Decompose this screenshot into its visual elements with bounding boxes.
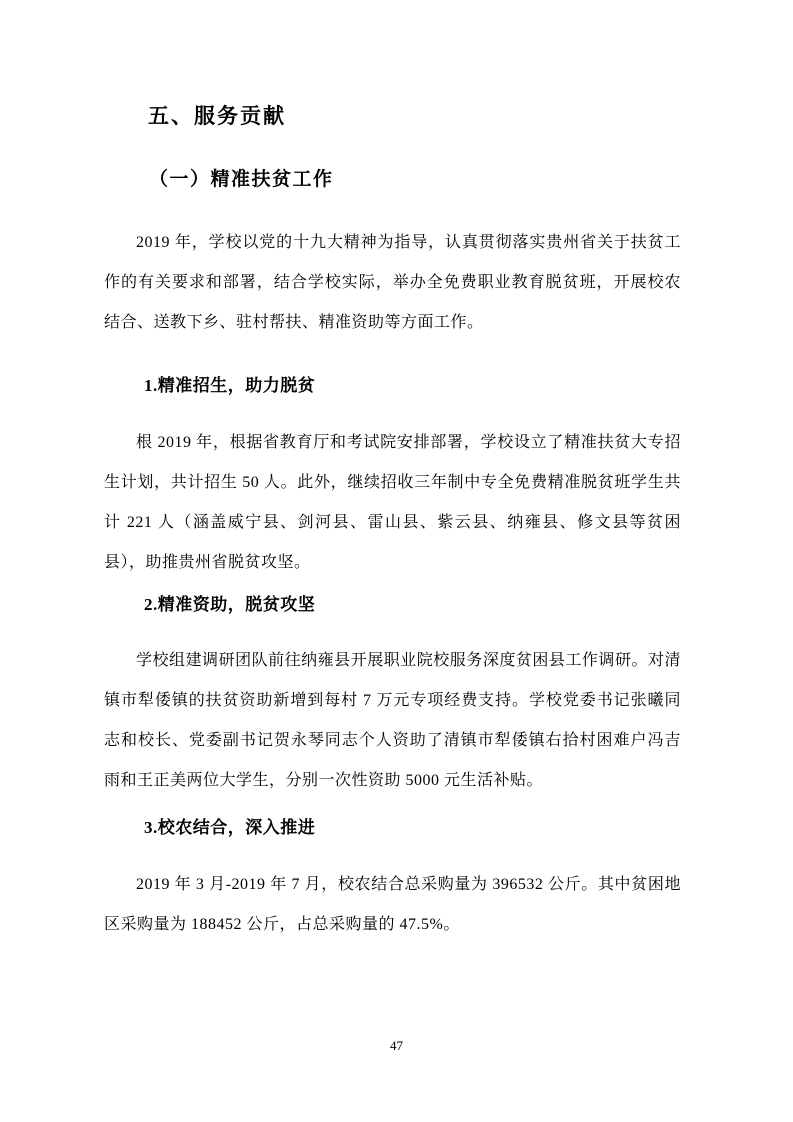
section-heading: （一）精准扶贫工作 — [149, 164, 334, 191]
chapter-heading: 五、服务贡献 — [148, 100, 286, 130]
subsection-paragraph-3: 2019 年 3 月-2019 年 7 月，校农结合总采购量为 396532 公… — [104, 865, 681, 945]
subsection-paragraph-2: 学校组建调研团队前往纳雍县开展职业院校服务深度贫困县工作调研。对清镇市犁倭镇的扶… — [104, 641, 681, 801]
subsection-title-2: 2.精准资助，脱贫攻坚 — [144, 590, 315, 615]
subsection-paragraph-1: 根 2019 年，根据省教育厅和考试院安排部署，学校设立了精准扶贫大专招生计划，… — [104, 423, 681, 583]
subsection-title-1: 1.精准招生，助力脱贫 — [144, 371, 315, 396]
document-page: 五、服务贡献 （一）精准扶贫工作 2019 年，学校以党的十九大精神为指导，认真… — [0, 0, 793, 1122]
subsection-title-3: 3.校农结合，深入推进 — [144, 813, 315, 838]
page-number: 47 — [0, 1038, 793, 1054]
intro-paragraph: 2019 年，学校以党的十九大精神为指导，认真贯彻落实贵州省关于扶贫工作的有关要… — [104, 223, 681, 343]
